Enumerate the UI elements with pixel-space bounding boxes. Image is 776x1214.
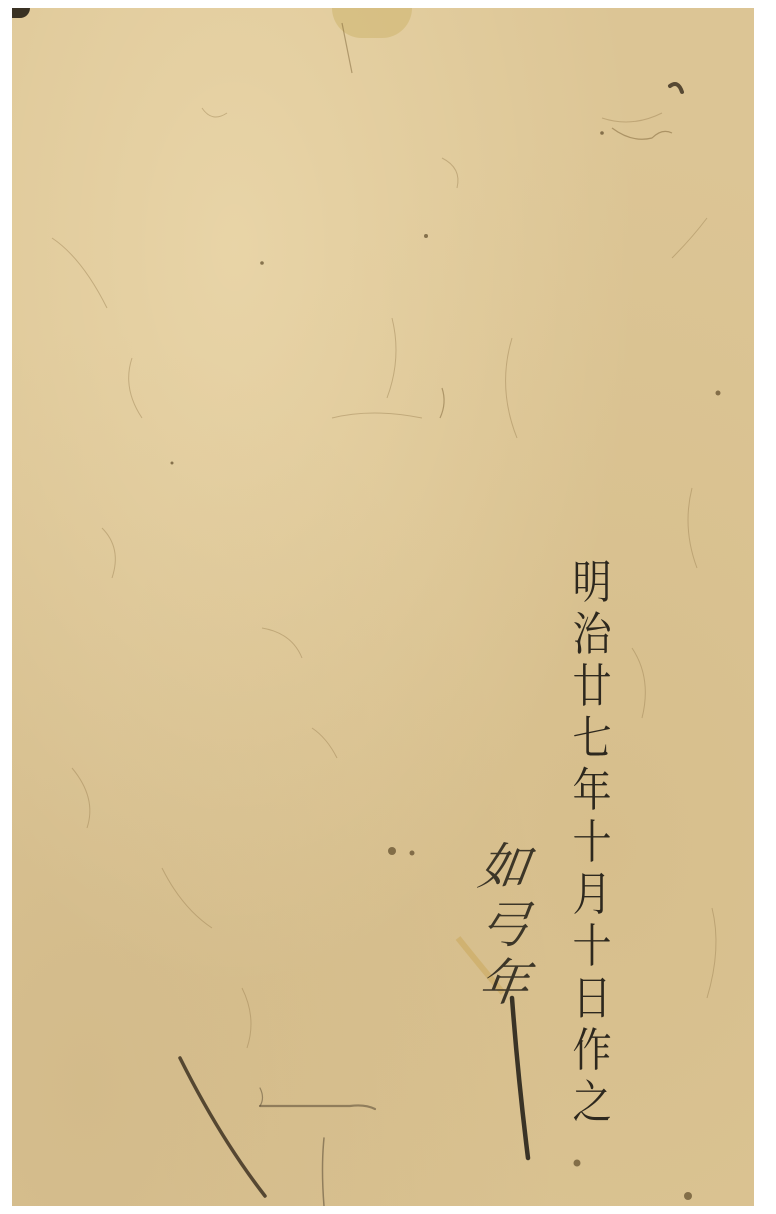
inscription-char: 十 [572, 816, 611, 868]
inscription-char: 明 [572, 556, 611, 608]
inscription-char: 月 [572, 868, 611, 920]
inscription-char: 廿 [572, 660, 611, 712]
paper-fibers-texture [12, 8, 754, 1206]
signature-char: 年 [475, 954, 533, 1012]
aged-paper-sheet: 明 治 廿 七 年 十 月 十 日 作 之 如 弓 年 [12, 8, 754, 1206]
signature-column: 如 弓 年 [464, 838, 544, 1012]
inscription-char: 年 [572, 764, 611, 816]
inscription-char: 日 [572, 972, 611, 1024]
inscription-char: 作 [572, 1024, 611, 1076]
signature-char: 弓 [475, 896, 533, 954]
signature-char: 如 [475, 838, 533, 896]
inscription-char: 治 [572, 608, 611, 660]
date-inscription-column: 明 治 廿 七 年 十 月 十 日 作 之 [557, 556, 627, 1128]
inscription-char: 之 [572, 1076, 611, 1128]
inscription-char: 七 [572, 712, 611, 764]
inscription-char: 十 [572, 920, 611, 972]
